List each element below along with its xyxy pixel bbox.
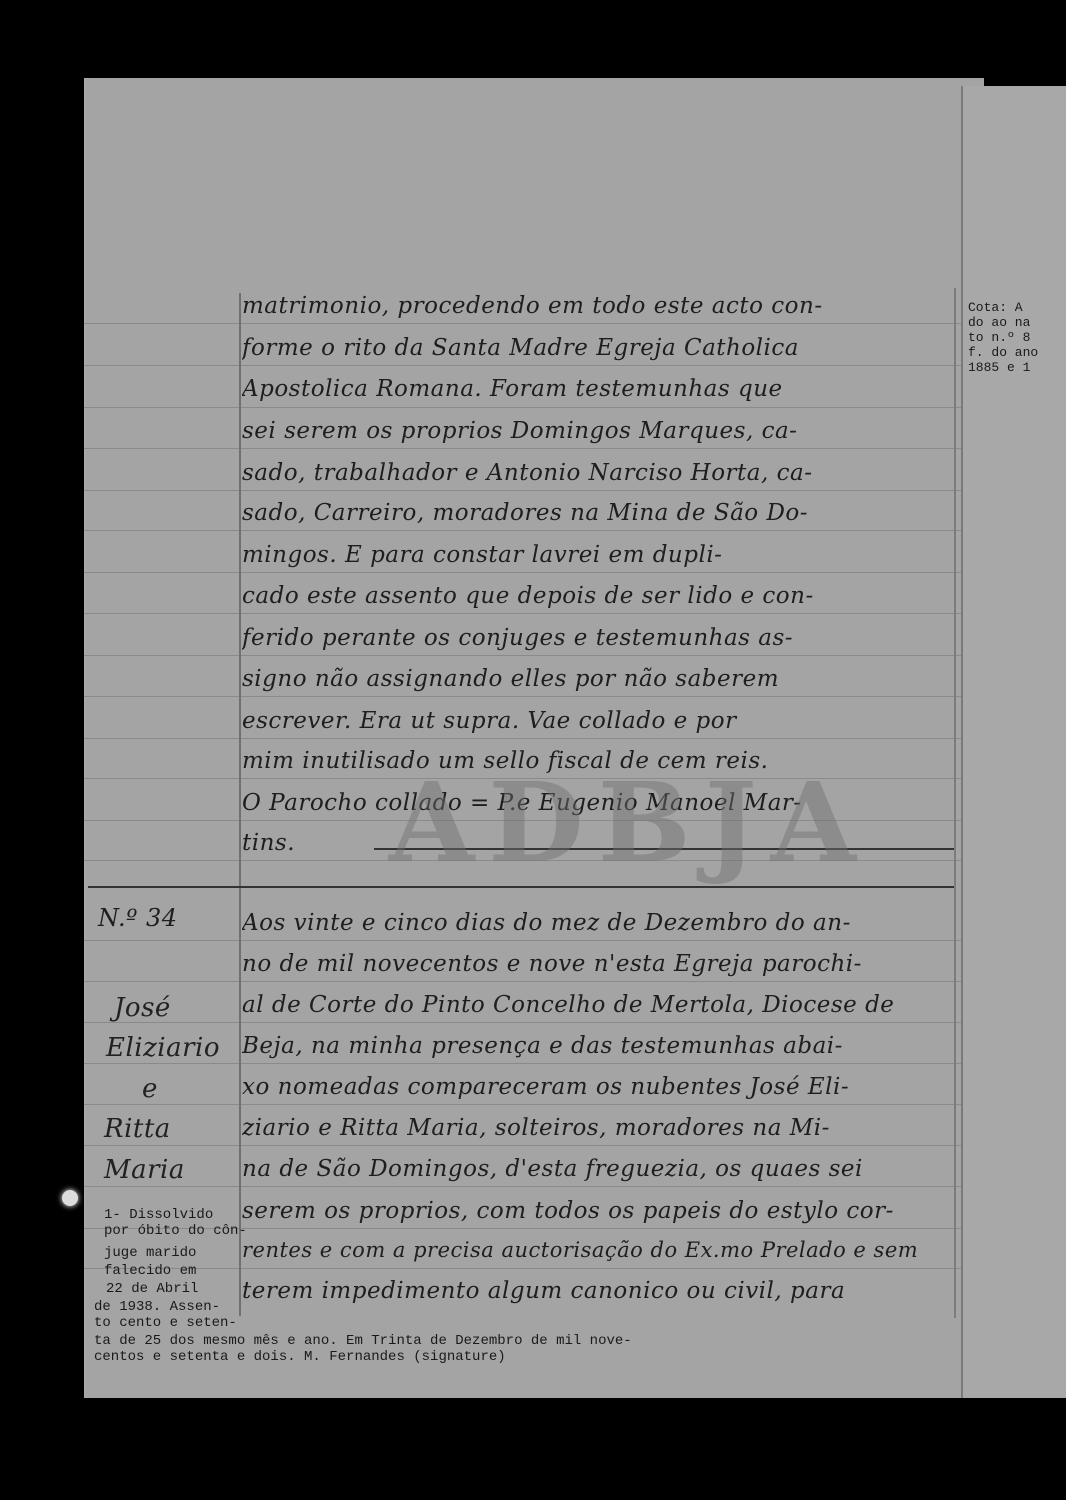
watermark: ADBJA <box>389 758 870 887</box>
bride-second-name: Maria <box>104 1155 185 1185</box>
ruled-line <box>84 981 984 982</box>
text-line: ferido perante os conjuges e testemunhas… <box>242 625 954 651</box>
entry-number: N.º 34 <box>98 904 178 932</box>
ruled-line <box>84 1022 984 1023</box>
text-line: serem os proprios, com todos os papeis d… <box>242 1198 954 1224</box>
ruled-line <box>84 323 984 324</box>
annotation-signature-line: centos e setenta e dois. M. Fernandes (s… <box>94 1350 506 1365</box>
conjunction: e <box>142 1074 158 1104</box>
text-line: Beja, na minha presença e das testemunha… <box>242 1033 954 1059</box>
margin-rule <box>239 293 241 1316</box>
ruled-line <box>84 940 984 941</box>
text-line: sado, trabalhador e Antonio Narciso Hort… <box>242 460 954 486</box>
adjacent-page-edge <box>961 86 1066 1398</box>
annotation-line: falecido em <box>104 1264 196 1279</box>
text-line: cado este assento que depois de ser lido… <box>242 583 954 609</box>
groom-second-name: Eliziario <box>106 1033 220 1063</box>
right-margin-rule <box>954 288 956 1318</box>
text-line: terem impedimento algum canonico ou civi… <box>242 1278 954 1304</box>
bride-first-name: Ritta <box>104 1114 171 1144</box>
register-page: matrimonio, procedendo em todo este acto… <box>84 78 984 1398</box>
side-note-line: to n.º 8 <box>968 330 1066 345</box>
ruled-line <box>84 365 984 366</box>
text-line: xo nomeadas compareceram os nubentes Jos… <box>242 1074 954 1100</box>
text-line: no de mil novecentos e nove n'esta Egrej… <box>242 951 954 977</box>
paper-blemish <box>62 1190 78 1206</box>
groom-first-name: José <box>114 993 171 1023</box>
text-line: Apostolica Romana. Foram testemunhas que <box>242 376 954 402</box>
ruled-line <box>84 530 984 531</box>
ruled-line <box>84 448 984 449</box>
text-line: ziario e Ritta Maria, solteiros, morador… <box>242 1115 954 1141</box>
text-line: escrever. Era ut supra. Vae collado e po… <box>242 708 954 734</box>
annotation-line: 1- Dissolvido <box>104 1208 213 1223</box>
ruled-line <box>84 1063 984 1064</box>
annotation-line: juge marido <box>104 1246 196 1261</box>
text-line: Aos vinte e cinco dias do mez de Dezembr… <box>242 910 954 936</box>
text-line: mingos. E para constar lavrei em dupli- <box>242 542 954 568</box>
ruled-line <box>84 696 984 697</box>
annotation-line: de 1938. Assen- <box>94 1300 220 1315</box>
annotation-line: 22 de Abril <box>106 1282 198 1297</box>
ruled-line <box>84 490 984 491</box>
text-line: signo não assignando elles por não saber… <box>242 666 954 692</box>
ruled-line <box>84 1186 984 1187</box>
text-line: forme o rito da Santa Madre Egreja Catho… <box>242 335 954 361</box>
text-line: na de São Domingos, d'esta freguezia, os… <box>242 1156 954 1182</box>
annotation-line: to cento e seten- <box>94 1316 237 1331</box>
annotation-line: por óbito do côn- <box>104 1224 247 1239</box>
text-line: al de Corte do Pinto Concelho de Mertola… <box>242 992 954 1018</box>
ruled-line <box>84 655 984 656</box>
side-page-note: Cota: A do ao na to n.º 8 f. do ano 1885… <box>968 300 1066 375</box>
ruled-line <box>84 613 984 614</box>
side-note-line: Cota: A <box>968 300 1066 315</box>
text-line: rentes e com a precisa auctorisação do E… <box>242 1238 954 1262</box>
side-note-line: 1885 e 1 <box>968 360 1066 375</box>
ruled-line <box>84 738 984 739</box>
text-line: matrimonio, procedendo em todo este acto… <box>242 293 954 319</box>
text-line: sado, Carreiro, moradores na Mina de São… <box>242 500 954 526</box>
ruled-line <box>84 1145 984 1146</box>
text-line: sei serem os proprios Domingos Marques, … <box>242 418 954 444</box>
side-note-line: do ao na <box>968 315 1066 330</box>
ruled-line <box>84 1268 984 1269</box>
annotation-line: ta de 25 dos mesmo mês e ano. Em Trinta … <box>94 1334 632 1349</box>
ruled-line <box>84 407 984 408</box>
side-note-line: f. do ano <box>968 345 1066 360</box>
ruled-line <box>84 1104 984 1105</box>
ruled-line <box>84 572 984 573</box>
